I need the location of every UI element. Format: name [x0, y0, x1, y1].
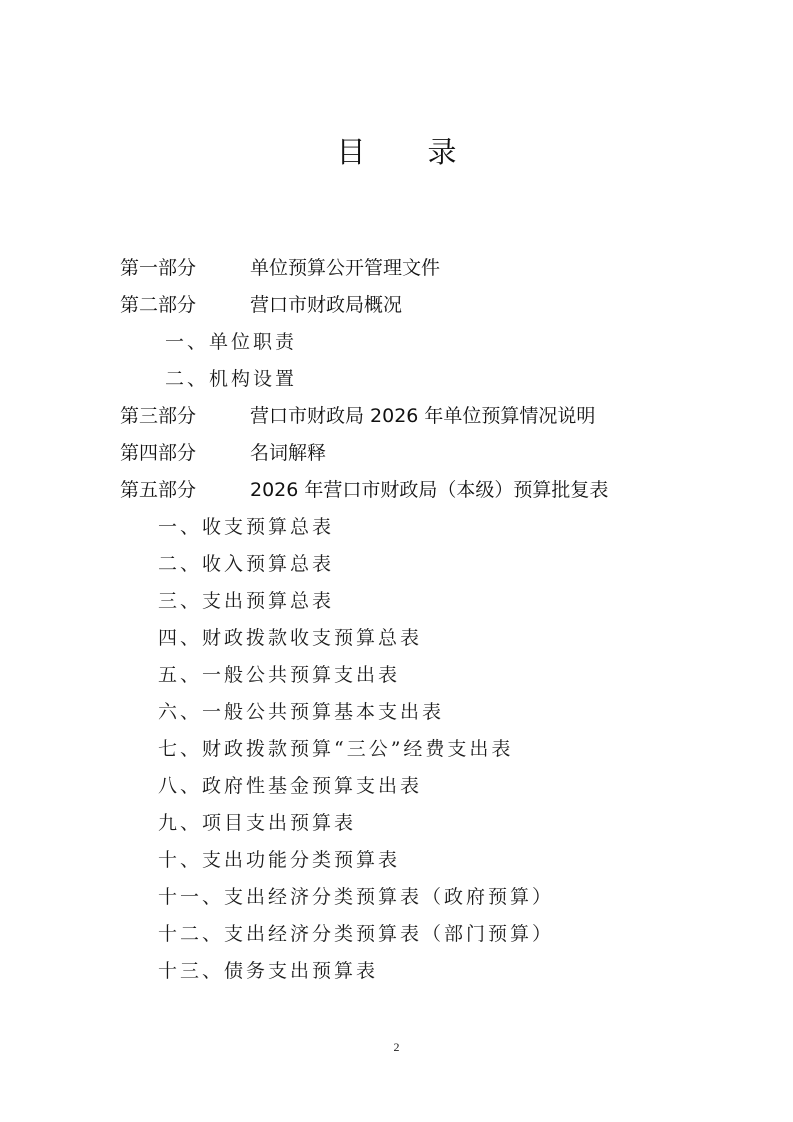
- toc-part-label: 第三部分: [120, 398, 250, 434]
- toc-part-2: 第二部分营口市财政局概况: [120, 287, 402, 323]
- toc-part-title: 名词解释: [250, 435, 326, 471]
- toc-part-label: 第二部分: [120, 287, 250, 323]
- toc-part-3: 第三部分营口市财政局 2026 年单位预算情况说明: [120, 398, 595, 434]
- page-number: 2: [0, 1040, 793, 1055]
- page-title-char-2: 录: [428, 132, 457, 172]
- toc-item: 六、一般公共预算基本支出表: [158, 694, 444, 730]
- toc-item: 九、项目支出预算表: [158, 805, 356, 841]
- toc-part-title: 营口市财政局 2026 年单位预算情况说明: [250, 398, 595, 434]
- toc-item: 三、支出预算总表: [158, 583, 334, 619]
- toc-item: 十二、支出经济分类预算表（部门预算）: [158, 916, 554, 952]
- toc-part-title: 2026 年营口市财政局（本级）预算批复表: [250, 472, 608, 508]
- toc-part-label: 第一部分: [120, 250, 250, 286]
- toc-item: 一、收支预算总表: [158, 509, 334, 545]
- toc-part-1: 第一部分单位预算公开管理文件: [120, 250, 440, 286]
- toc-part-title: 营口市财政局概况: [250, 287, 402, 323]
- toc-item: 一、单位职责: [165, 324, 297, 360]
- toc-item: 二、收入预算总表: [158, 546, 334, 582]
- toc-part-title: 单位预算公开管理文件: [250, 250, 440, 286]
- toc-item: 十三、债务支出预算表: [158, 953, 378, 989]
- page-title-char-1: 目: [336, 132, 365, 172]
- toc-item: 四、财政拨款收支预算总表: [158, 620, 422, 656]
- toc-part-label: 第五部分: [120, 472, 250, 508]
- toc-part-label: 第四部分: [120, 435, 250, 471]
- toc-item: 二、机构设置: [165, 361, 297, 397]
- toc-part-4: 第四部分名词解释: [120, 435, 326, 471]
- page-title: 目录: [0, 132, 793, 172]
- toc-item: 十一、支出经济分类预算表（政府预算）: [158, 879, 554, 915]
- toc-item: 十、支出功能分类预算表: [158, 842, 400, 878]
- toc-item: 八、政府性基金预算支出表: [158, 768, 422, 804]
- toc-part-5: 第五部分2026 年营口市财政局（本级）预算批复表: [120, 472, 608, 508]
- toc-item: 五、一般公共预算支出表: [158, 657, 400, 693]
- toc-item: 七、财政拨款预算“三公”经费支出表: [158, 731, 513, 767]
